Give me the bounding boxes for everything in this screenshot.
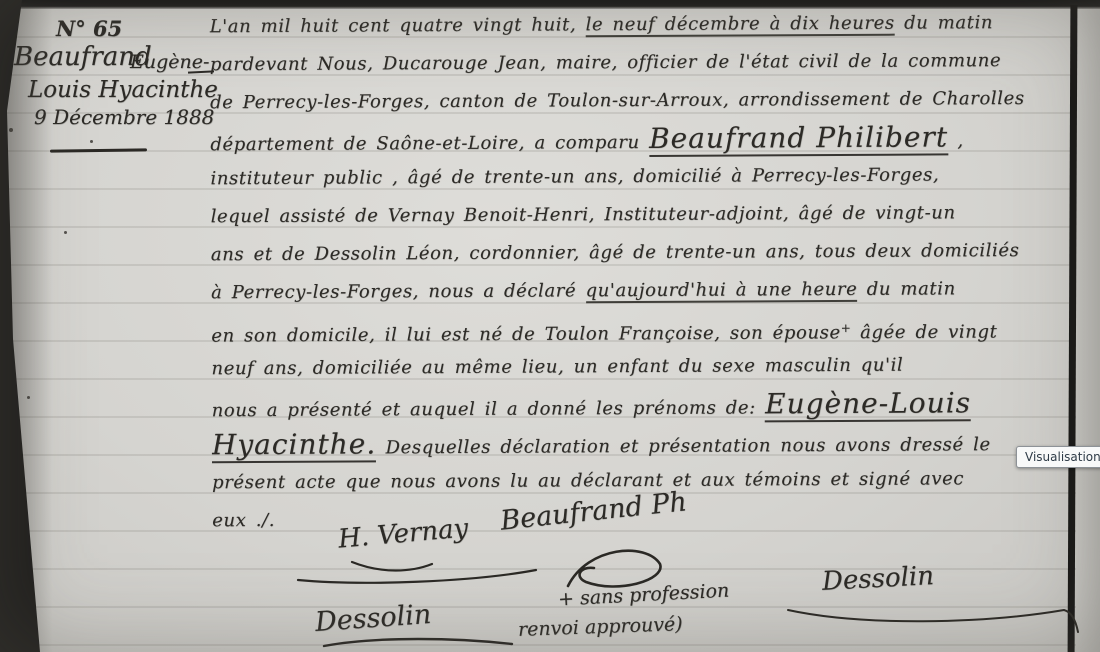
vernay-underline-flourish [292, 556, 542, 588]
ink-speck [90, 140, 93, 143]
act-line: nous a présenté et auquel il a donné les… [212, 386, 1073, 429]
act-text: du matin [857, 278, 955, 300]
margin-date: 9 Décembre 1888 [34, 105, 214, 129]
margin-name-line2: Louis Hyacinthe [28, 77, 218, 103]
registry-number: N° 65 [56, 16, 122, 41]
margin-rule-stroke [50, 148, 147, 152]
act-line: lequel assisté de Vernay Benoit-Henri, I… [211, 196, 1072, 239]
act-text-emphasis: qu'aujourd'hui à une heure [586, 279, 858, 303]
visualisation-tooltip: Visualisation [1016, 446, 1100, 468]
act-text: âgée de vingt [851, 321, 998, 343]
act-text-area: L'an mil huit cent quatre vingt huit, le… [210, 6, 1074, 551]
act-text: du matin [895, 12, 993, 34]
signature-dessolin-right: Dessolin [821, 561, 934, 597]
act-text-emphasis: le neuf décembre à dix heures [586, 13, 895, 38]
act-line: pardevant Nous, Ducarouge Jean, maire, o… [210, 44, 1071, 87]
ink-speck [9, 128, 13, 132]
act-text: à Perrecy-les-Forges, nous a déclaré [211, 280, 586, 303]
act-text: en son domicile, il lui est né de Toulon… [211, 322, 841, 346]
act-line: de Perrecy-les-Forges, canton de Toulon-… [210, 82, 1071, 125]
act-text: , [948, 130, 964, 151]
dessolin-right-flourish [782, 596, 1082, 636]
act-line: en son domicile, il lui est né de Toulon… [211, 310, 1072, 353]
ink-speck [27, 396, 30, 399]
annotation-renvoi: renvoi approuvé) [518, 613, 683, 641]
act-text-emphasis: + [841, 321, 851, 335]
signature-dessolin-left: Dessolin [314, 599, 432, 638]
act-text: L'an mil huit cent quatre vingt huit, [210, 14, 586, 37]
top-scan-edge [0, 0, 1100, 9]
act-text: de Perrecy-les-Forges, canton de Toulon-… [210, 88, 1025, 113]
act-text: présent acte que nous avons lu au déclar… [212, 468, 964, 493]
act-line: ans et de Dessolin Léon, cordonnier, âgé… [211, 234, 1072, 277]
act-text: instituteur public , âgé de trente-un an… [210, 164, 939, 189]
registry-scan-page[interactable]: N° 65 Beaufrand Eugène- Louis Hyacinthe … [0, 0, 1100, 652]
act-text: neuf ans, domiciliée au même lieu, un en… [211, 355, 903, 380]
margin-name-firstname: Eugène- [130, 51, 209, 73]
act-text: ans et de Dessolin Léon, cordonnier, âgé… [211, 240, 1020, 265]
dessolin-left-flourish [318, 634, 518, 652]
annotation-spouse-profession: + sans profession [558, 580, 730, 611]
act-line: instituteur public , âgé de trente-un an… [210, 158, 1071, 201]
right-page-edge [1076, 0, 1100, 652]
act-line: Hyacinthe. Desquelles déclaration et pré… [212, 424, 1073, 467]
act-text: département de Saône-et-Loire, a comparu [210, 132, 649, 155]
act-text: Desquelles déclaration et présentation n… [376, 434, 991, 458]
act-line: L'an mil huit cent quatre vingt huit, le… [210, 6, 1071, 49]
act-text: eux ./. [212, 510, 275, 531]
act-line: département de Saône-et-Loire, a comparu… [210, 120, 1071, 163]
ink-speck [64, 231, 67, 234]
act-line: neuf ans, domiciliée au même lieu, un en… [211, 348, 1072, 391]
act-text: pardevant Nous, Ducarouge Jean, maire, o… [210, 50, 1001, 75]
act-text-emphasis: Hyacinthe. [212, 427, 377, 463]
act-text: nous a présenté et auquel il a donné les… [212, 397, 766, 421]
act-text-emphasis: Eugène-Louis [765, 386, 971, 422]
act-text-emphasis: Beaufrand Philibert [649, 120, 948, 157]
act-line: à Perrecy-les-Forges, nous a déclaré qu'… [211, 272, 1072, 315]
act-text: lequel assisté de Vernay Benoit-Henri, I… [211, 202, 956, 227]
